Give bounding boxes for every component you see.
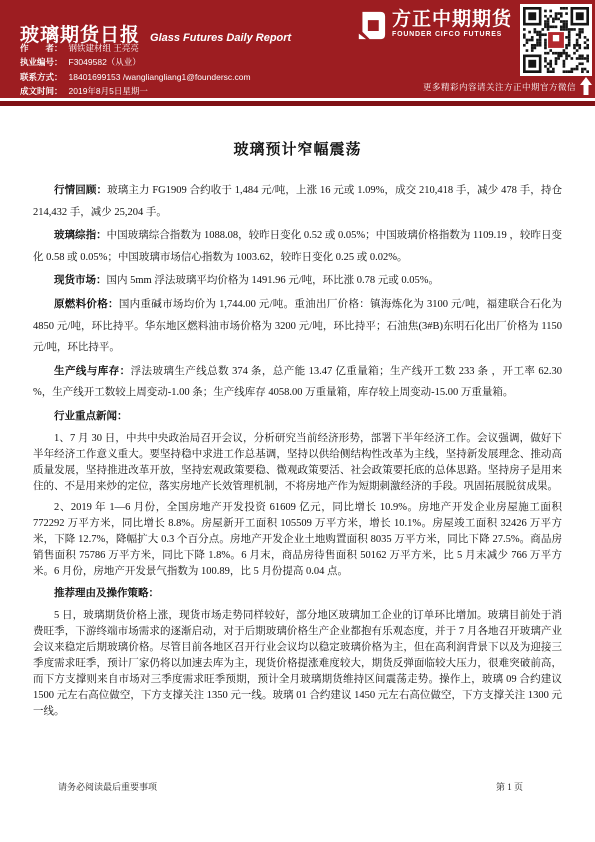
section-heading: 推荐理由及操作策略： <box>33 585 562 601</box>
paragraph-lead: 玻璃综指： <box>54 229 107 241</box>
footer-disclaimer: 请务必阅读最后重要事项 <box>58 780 157 793</box>
founder-cifco-logo-icon <box>357 11 386 40</box>
page-number: 第 1 页 <box>496 780 523 793</box>
masthead: 玻璃期货日报Glass Futures Daily Report 作 者：钢铁建… <box>0 0 595 98</box>
brand-name-cn: 方正中期期货 <box>392 10 512 30</box>
article-title: 玻璃预计窄幅震荡 <box>33 138 562 159</box>
wechat-follow-note: 更多精彩内容请关注方正中期官方微信 <box>423 81 576 93</box>
report-content: 玻璃预计窄幅震荡 行情回顾：玻璃主力 FG1909 合约收于 1,484 元/吨… <box>0 138 595 720</box>
article-body: 行情回顾：玻璃主力 FG1909 合约收于 1,484 元/吨，上涨 16 元或… <box>33 180 562 720</box>
page-footer: 请务必阅读最后重要事项 第 1 页 <box>58 780 523 793</box>
section-heading: 行业重点新闻： <box>33 406 562 428</box>
report-paragraph: 2、2019 年 1—6 月份，全国房地产开发投资 61609 亿元，同比增长 … <box>33 500 562 580</box>
report-paragraph: 行情回顾：玻璃主力 FG1909 合约收于 1,484 元/吨，上涨 16 元或… <box>33 180 562 223</box>
author-field-label: 作 者： <box>20 43 63 53</box>
paragraph-lead: 现货市场： <box>54 274 107 286</box>
report-page: 玻璃期货日报Glass Futures Daily Report 作 者：钢铁建… <box>0 0 595 842</box>
license-field-value: F3049582（从业） <box>69 57 141 67</box>
contact-field-value: 18401699153 /wangliangliang1@foundersc.c… <box>69 72 251 82</box>
paragraph-lead: 原燃料价格： <box>54 298 119 310</box>
report-paragraph: 生产线与库存：浮法玻璃生产线总数 374 条，总产能 13.47 亿重量箱；生产… <box>33 361 562 404</box>
date-field: 成文时间：2019年8月5日星期一 <box>20 84 251 98</box>
paragraph-lead: 行情回顾： <box>54 184 107 196</box>
author-info-fields: 作 者：钢铁建材组 王亮亮 执业编号：F3049582（从业） 联系方式：184… <box>20 41 251 99</box>
contact-field-label: 联系方式： <box>20 72 63 82</box>
company-brand: 方正中期期货 FOUNDER CIFCO FUTURES <box>357 10 512 40</box>
report-paragraph: 玻璃综指：中国玻璃综合指数为 1088.08，较昨日变化 0.52 或 0.05… <box>33 225 562 268</box>
date-field-label: 成文时间： <box>20 86 63 96</box>
masthead-divider-bar <box>0 101 595 106</box>
report-paragraph: 1、7 月 30 日，中共中央政治局召开会议，分析研究当前经济形势，部署下半年经… <box>33 431 562 495</box>
wechat-qr-code <box>520 4 592 76</box>
paragraph-lead: 生产线与库存： <box>54 365 131 377</box>
license-field-label: 执业编号： <box>20 57 63 67</box>
date-field-value: 2019年8月5日星期一 <box>69 86 148 96</box>
author-field-value: 钢铁建材组 王亮亮 <box>69 43 139 53</box>
contact-field: 联系方式：18401699153 /wangliangliang1@founde… <box>20 70 251 84</box>
license-field: 执业编号：F3049582（从业） <box>20 55 251 69</box>
author-field: 作 者：钢铁建材组 王亮亮 <box>20 41 251 55</box>
report-paragraph: 5 日，玻璃期货价格上涨，现货市场走势同样较好，部分地区玻璃加工企业的订单环比增… <box>33 608 562 720</box>
brand-name-en: FOUNDER CIFCO FUTURES <box>392 31 512 38</box>
report-paragraph: 原燃料价格：国内重碱市场均价为 1,744.00 元/吨。重油出厂价格：镇海炼化… <box>33 294 562 359</box>
report-paragraph: 现货市场：国内 5mm 浮法玻璃平均价格为 1491.96 元/吨，环比涨 0.… <box>33 270 562 292</box>
up-arrow-icon <box>580 77 592 95</box>
